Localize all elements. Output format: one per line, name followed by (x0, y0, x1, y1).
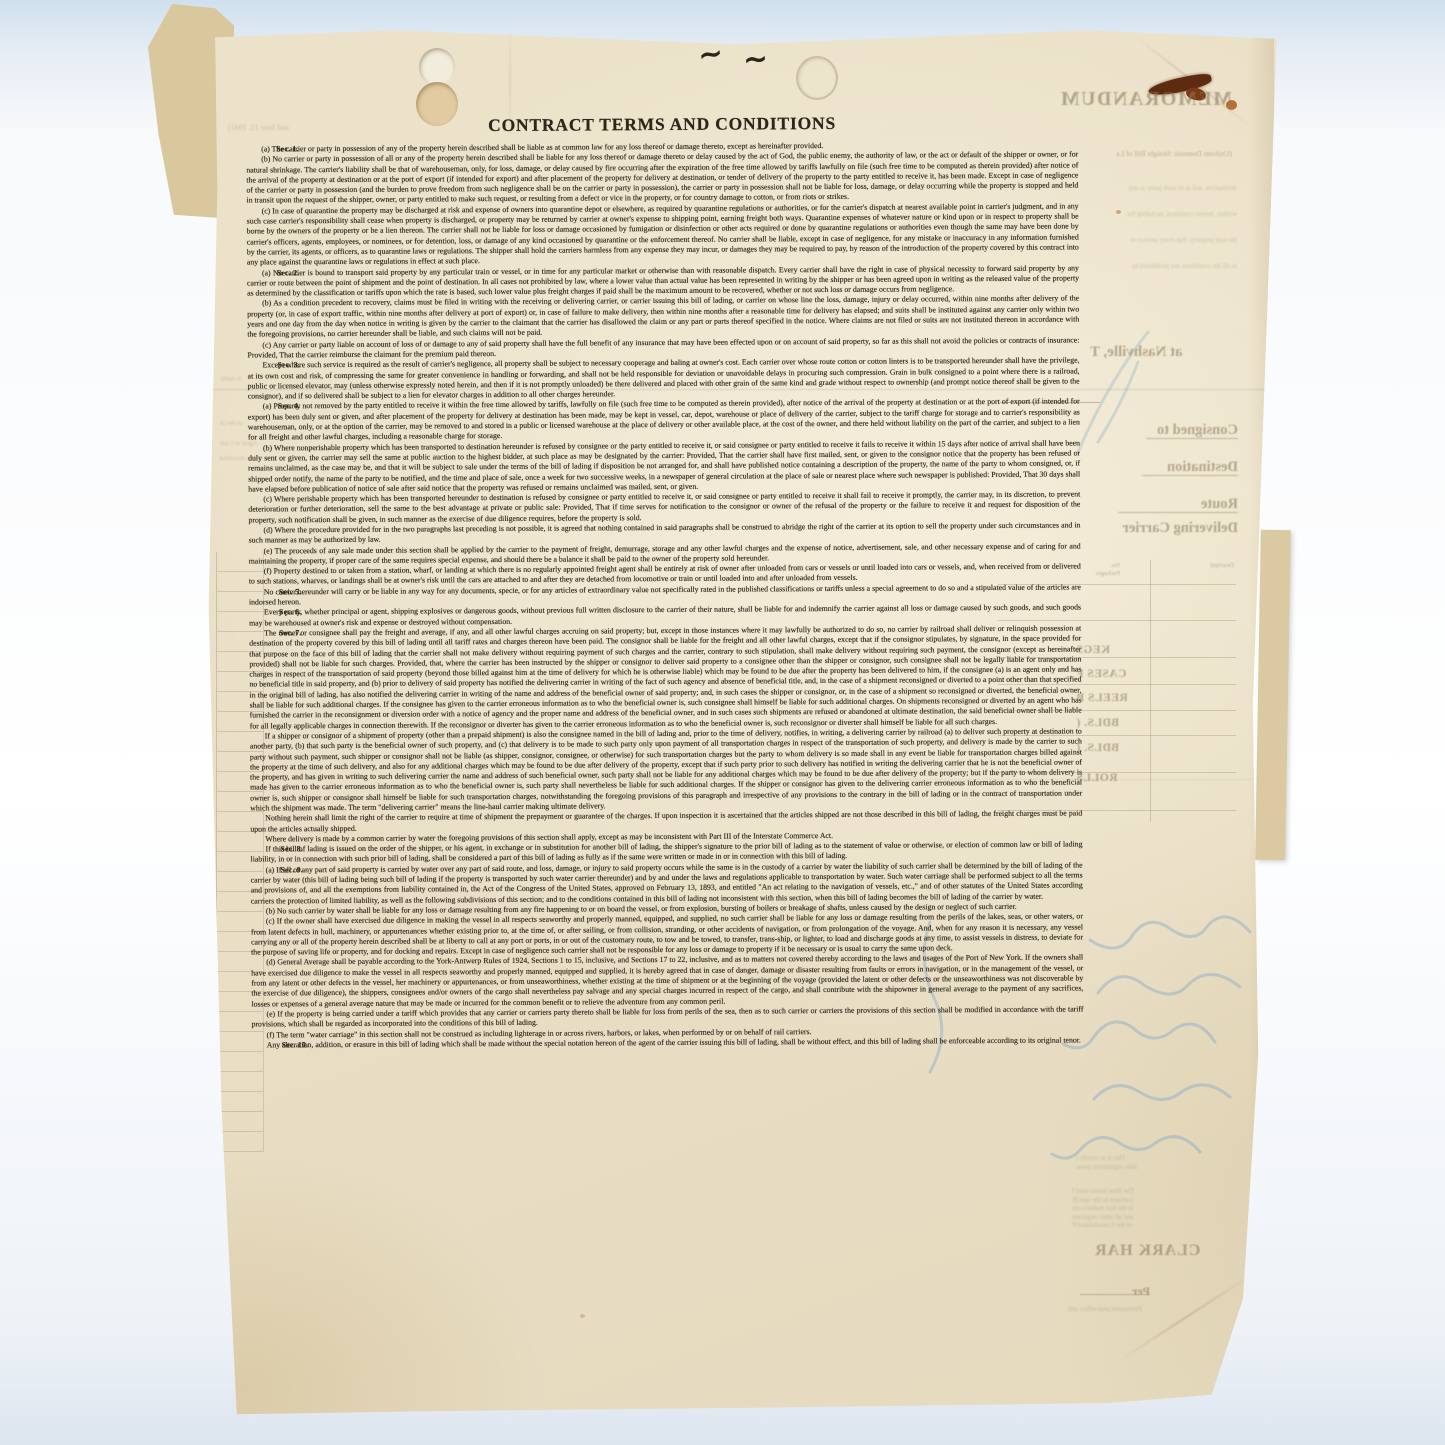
contract-paragraph: Sec. 3. Except where such service is req… (247, 356, 1079, 402)
contract-paragraph: (d) General Average shall be payable acc… (251, 953, 1083, 1010)
paper-speck (580, 1314, 585, 1318)
contract-text-block: CONTRACT TERMS AND CONDITIONS Sec. 1. (a… (246, 111, 1084, 1050)
bleed-table-header-description: Descripti (1156, 562, 1234, 569)
contract-paragraph: (c) If the owner shall have exercised du… (251, 912, 1083, 958)
contract-paragraph: (b) No carrier or party in possession of… (246, 150, 1078, 207)
contract-paragraphs: Sec. 1. (a) The carrier or party in poss… (246, 139, 1084, 1050)
document-page: ~ ~ MEMORANDUM (Uniform Domestic Straigh… (200, 22, 1282, 1417)
bleed-grid-row (217, 1132, 263, 1152)
handwriting-bleed-small (1068, 322, 1158, 462)
bleed-memorandum-title: MEMORANDUM (1022, 88, 1232, 111)
bleed-text: of the ch (220, 420, 243, 427)
contract-paragraph: (c) Where perishable property which has … (248, 490, 1080, 526)
bleed-table-rule (998, 710, 1236, 711)
back-sheet-right-edge (1255, 530, 1291, 860)
bleed-grid-row (217, 1072, 263, 1092)
bleed-text: and all other requirem (1072, 1213, 1134, 1221)
page-title: CONTRACT TERMS AND CONDITIONS (246, 111, 1078, 137)
bleed-text: CASES F (1076, 668, 1126, 680)
contract-paragraph: (b) Where nonperishable property which h… (248, 438, 1080, 495)
pen-mark-icon: ~ (743, 54, 769, 66)
bleed-form-label: Consigned to (998, 430, 1238, 439)
bleed-table-rule (998, 620, 1236, 621)
photo-background: ~ ~ MEMORANDUM (Uniform Domestic Straigh… (0, 0, 1445, 1445)
contract-paragraph: Sec. 4. (a) Property not removed by the … (248, 397, 1080, 443)
contract-paragraph: Sec. 7. The owner or consignee shall pay… (249, 623, 1082, 731)
bleed-text: BDLS. ( (1076, 717, 1119, 729)
pen-mark-icon: ~ (697, 48, 723, 62)
bleed-table-rule (998, 810, 1236, 811)
bleed-text: BDLS. ( (1076, 742, 1119, 754)
bleed-text: KEGS (1076, 644, 1110, 656)
bleed-grid-row (217, 1112, 263, 1132)
bleed-text: to apply (220, 375, 241, 382)
bleed-table-rule (998, 735, 1236, 736)
bleed-grid-row (217, 1052, 263, 1072)
bleed-per-line: Per (1080, 1284, 1150, 1299)
bleed-text: Agent or Cash (220, 440, 258, 447)
bleed-table-rule (998, 584, 1236, 585)
contract-paragraph: (b) As a condition precedent to recovery… (247, 294, 1079, 340)
bleed-signature-clark: CLARK HAR (1094, 1242, 1200, 1260)
embossed-ring-icon (796, 56, 838, 100)
contract-paragraph: (c) In case of quarantine the property m… (247, 201, 1079, 268)
punch-hole-icon (419, 48, 455, 86)
bleed-form-label: Route (998, 504, 1238, 513)
bleed-table-column-line (1150, 560, 1151, 822)
bleed-text: REELS B (1076, 692, 1128, 704)
bleed-text: ROLLS (1076, 772, 1118, 784)
bleed-grid-row (217, 1092, 263, 1112)
bleed-text: of the Consolidated F (1072, 1221, 1132, 1229)
bleed-table-rule (998, 684, 1236, 685)
bleed-text: in the box maker's cer (1072, 1204, 1134, 1212)
bleed-form-label: Destination (998, 467, 1238, 476)
bleed-table-header-no-packages: No.Packages (1092, 562, 1148, 570)
contract-paragraph: If a shipper or consignor of a shipment … (250, 726, 1082, 813)
bleed-text: perty described (220, 455, 260, 462)
contract-paragraph: Sec. 9. (a) If all or any part of said p… (251, 860, 1083, 906)
bleed-table-rule (998, 657, 1236, 658)
bleed-postoffice-address: Permanent post-office add (1068, 1305, 1142, 1313)
contract-paragraph: Sec. 2. (a) No carrier is bound to trans… (247, 263, 1079, 299)
